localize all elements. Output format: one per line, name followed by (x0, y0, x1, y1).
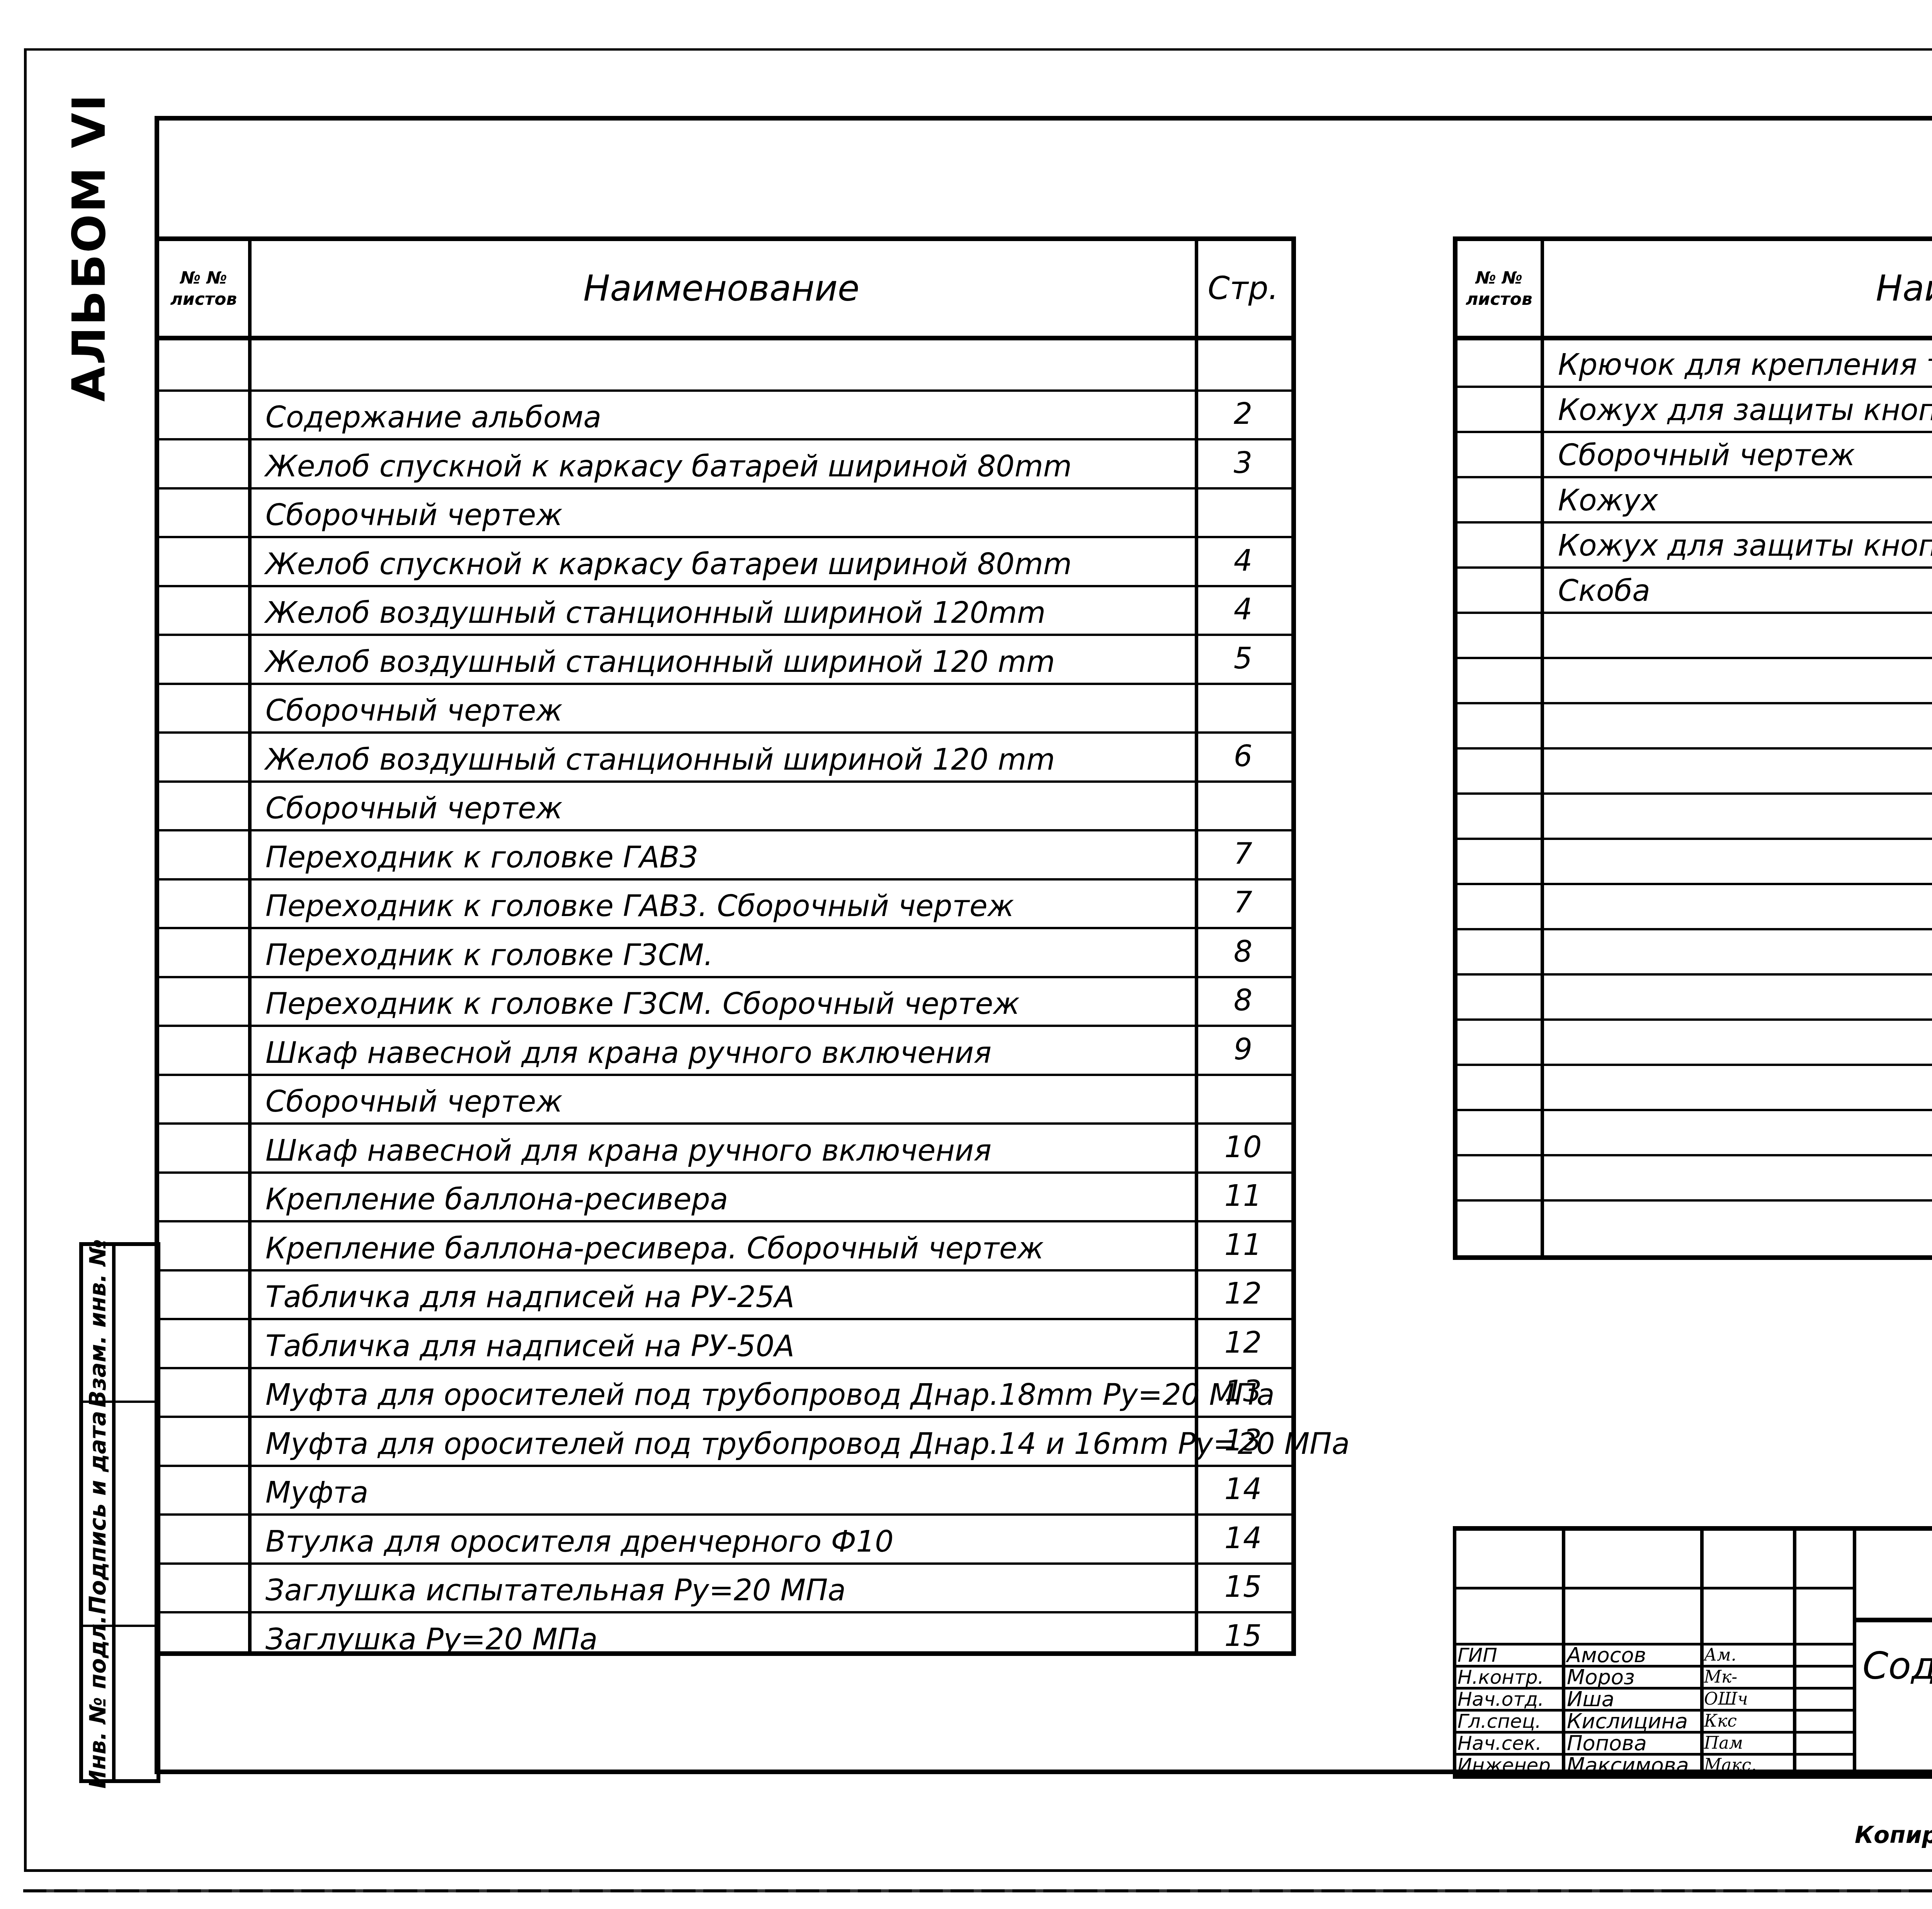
row-page: 11 (1195, 1171, 1291, 1221)
signature-role: Инженер (1458, 1754, 1562, 1776)
table-row: Крепление баллона-ресивера11 (159, 1171, 1291, 1223)
table-row (1458, 747, 1932, 795)
row-name: Содержание альбома (265, 389, 1200, 439)
row-name: Заглушка испытательная Ру=20 МПа (265, 1562, 1200, 1612)
stamp-label: Подпись и дата (85, 1411, 111, 1615)
row-name (1558, 657, 1932, 702)
row-page (1195, 1074, 1291, 1123)
document-code: 503-1-72.89-АПТ.Н (1853, 1535, 1932, 1618)
table-row (1458, 792, 1932, 840)
signature-role: Н.контр. (1458, 1666, 1562, 1688)
table-row: Переходник к головке Г3СМ. Сборочный чер… (159, 976, 1291, 1027)
row-name: Сборочный чертеж (1558, 431, 1932, 476)
row-name (1558, 702, 1932, 747)
row-name: Шкаф навесной для крана ручного включени… (265, 1025, 1200, 1074)
table-row (1458, 612, 1932, 659)
table-row: Крепление баллона-ресивера. Сборочный че… (159, 1220, 1291, 1272)
table-row: Желоб воздушный станционный шириной 120m… (159, 585, 1291, 636)
table-row: Скоба19 (1458, 566, 1932, 614)
table-row: Желоб спускной к каркасу батареи шириной… (159, 536, 1291, 587)
table-row: Сборочный чертеж (1458, 431, 1932, 478)
row-name: Крючок для крепления труб к кирпичной ст… (1558, 340, 1932, 386)
row-page: 14 (1195, 1465, 1291, 1514)
header-sheet-no-line1: № № (1476, 267, 1522, 289)
table-row (1458, 1018, 1932, 1066)
row-page: 15 (1195, 1562, 1291, 1612)
header-name: Наименование (248, 241, 1195, 336)
table-row: Сборочный чертеж (159, 780, 1291, 832)
table-row: Шкаф навесной для крана ручного включени… (159, 1025, 1291, 1076)
album-label: АЛЬБОМ VI (62, 124, 116, 371)
row-name: Крепление баллона-ресивера (265, 1171, 1200, 1221)
row-page: 3 (1195, 438, 1291, 487)
table-row: Кожух для защиты кнопки19 (1458, 521, 1932, 569)
row-name: Желоб спускной к каркасу батареи шириной… (265, 536, 1200, 585)
copied-by-label: Копировал (1855, 1822, 1932, 1849)
header-sheet-no-line1: № № (180, 267, 227, 289)
table-row (1458, 1199, 1932, 1244)
row-name: Переходник к головке ГАВ3 (265, 829, 1200, 878)
row-page (1195, 683, 1291, 732)
signature-mark: Ам. (1704, 1644, 1793, 1666)
row-name: Муфта для оросителей под трубопровод Дна… (265, 1416, 1200, 1465)
row-name: Переходник к головке Г3СМ. (265, 927, 1200, 976)
row-name (1558, 1018, 1932, 1064)
stamp-label: Инв. № подл. (85, 1615, 111, 1789)
signature-name: Мороз (1567, 1666, 1700, 1688)
row-page (1195, 780, 1291, 830)
row-page: 2 (1195, 389, 1291, 439)
table-row (1458, 1109, 1932, 1156)
row-page: 8 (1195, 976, 1291, 1025)
row-name: Муфта (265, 1465, 1200, 1514)
row-page: 12 (1195, 1269, 1291, 1318)
signature-mark: Мк- (1704, 1666, 1793, 1688)
row-name: Кожух (1558, 476, 1932, 521)
table-row: Сборочный чертеж (159, 1074, 1291, 1125)
table-row (1458, 702, 1932, 750)
row-name: Переходник к головке Г3СМ. Сборочный чер… (265, 976, 1200, 1025)
signature-name: Иша (1567, 1688, 1700, 1710)
table-row (1458, 883, 1932, 930)
row-page: 10 (1195, 1122, 1291, 1171)
signature-name: Попова (1567, 1732, 1700, 1754)
stamp-cell-signature-date: Подпись и дата (83, 1401, 156, 1627)
table-row (1458, 1154, 1932, 1202)
row-name (1558, 612, 1932, 657)
row-name (1558, 1064, 1932, 1109)
signature-name: Амосов (1567, 1644, 1700, 1666)
table-row (1458, 657, 1932, 704)
row-name: Сборочный чертеж (265, 780, 1200, 830)
row-name (1558, 792, 1932, 838)
table-row: Переходник к головке Г3СМ.8 (159, 927, 1291, 978)
document-title: Содержание альбома (1862, 1622, 1932, 1710)
header-sheet-no: № №листов (1458, 241, 1541, 336)
table-row (1458, 838, 1932, 885)
table-row: Желоб спускной к каркасу батарей шириной… (159, 438, 1291, 490)
row-name: Скоба (1558, 566, 1932, 612)
row-page: 9 (1195, 1025, 1291, 1074)
signature-mark: Пам (1704, 1732, 1793, 1754)
row-name: Муфта для оросителей под трубопровод Дна… (265, 1367, 1200, 1416)
row-name: Сборочный чертеж (265, 683, 1200, 732)
table-row: Заглушка испытательная Ру=20 МПа15 (159, 1562, 1291, 1614)
table-row: Желоб воздушный станционный шириной 120 … (159, 731, 1291, 783)
row-page: 13 (1195, 1367, 1291, 1416)
row-name: Табличка для надписей на РУ-50А (265, 1318, 1200, 1367)
row-name (1558, 838, 1932, 883)
stamp-cell-replacement: Взам. инв. № (83, 1246, 156, 1403)
row-name: Кожух для защиты кнопки (1558, 386, 1932, 431)
row-page: 5 (1195, 634, 1291, 683)
stamp-label: Взам. инв. № (85, 1239, 111, 1408)
table-row: Сборочный чертеж (159, 487, 1291, 539)
title-block: ГИПАмосовАм.Н.контр.МорозМк-Нач.отд.ИшаО… (1453, 1526, 1932, 1774)
table-row: Муфта для оросителей под трубопровод Дна… (159, 1367, 1291, 1418)
row-page: 11 (1195, 1220, 1291, 1269)
album-label-text: АЛЬБОМ VI (62, 93, 116, 401)
row-name: Кожух для защиты кнопки (1558, 521, 1932, 566)
table-row: Шкаф навесной для крана ручного включени… (159, 1122, 1291, 1174)
contents-table-right: № №листовНаименованиеСтр.Крючок для креп… (1453, 236, 1932, 1260)
row-page: 13 (1195, 1416, 1291, 1465)
row-name (1558, 973, 1932, 1018)
table-row: Кожух для защиты кнопки17 (1458, 386, 1932, 433)
row-name: Табличка для надписей на РУ-25А (265, 1269, 1200, 1318)
table-row: Кожух18 (1458, 476, 1932, 524)
stamp-cell-inventory: Инв. № подл. (83, 1625, 156, 1779)
contents-table-left: № №листовНаименованиеСтр.Содержание альб… (155, 236, 1296, 1656)
row-name (1558, 1199, 1932, 1244)
sheet-edge (23, 1889, 1932, 1892)
side-stamp: Взам. инв. № Подпись и дата Инв. № подл. (79, 1242, 160, 1783)
header-sheet-no: № №листов (159, 241, 248, 336)
row-name (1558, 1109, 1932, 1154)
signature-name: Максимова (1567, 1754, 1700, 1776)
row-name: Заглушка Ру=20 МПа (265, 1611, 1200, 1660)
row-name (265, 340, 1200, 389)
row-page: 7 (1195, 878, 1291, 927)
table-row: Содержание альбома2 (159, 389, 1291, 441)
table-row (1458, 973, 1932, 1021)
table-row (1458, 1064, 1932, 1111)
row-page: 14 (1195, 1513, 1291, 1562)
signature-role: ГИП (1458, 1644, 1562, 1666)
header-sheet-no-line2: листов (170, 289, 237, 310)
signature-role: Гл.спец. (1458, 1710, 1562, 1732)
table-row: Переходник к головке ГАВ37 (159, 829, 1291, 881)
row-name: Желоб воздушный станционный шириной 120 … (265, 634, 1200, 683)
signature-mark: Макс. (1704, 1754, 1793, 1776)
row-name: Втулка для оросителя дренчерного Ф10 (265, 1513, 1200, 1562)
table-row: Переходник к головке ГАВ3. Сборочный чер… (159, 878, 1291, 930)
signature-name: Кислицина (1567, 1710, 1700, 1732)
table-row: Муфта14 (159, 1465, 1291, 1516)
signature-mark: ОШч (1704, 1688, 1793, 1710)
row-page: 4 (1195, 536, 1291, 585)
row-name (1558, 883, 1932, 928)
row-name: Желоб спускной к каркасу батарей шириной… (265, 438, 1200, 487)
row-page: 8 (1195, 927, 1291, 976)
signature-role: Нач.отд. (1458, 1688, 1562, 1710)
signature-mark: Ккс (1704, 1710, 1793, 1732)
table-row: Сборочный чертеж (159, 683, 1291, 734)
header-name: Наименование (1541, 241, 1932, 336)
table-header: № №листовНаименованиеСтр. (1458, 241, 1932, 340)
header-page: Стр. (1195, 241, 1291, 336)
row-name: Переходник к головке ГАВ3. Сборочный чер… (265, 878, 1200, 927)
table-row: Втулка для оросителя дренчерного Ф1014 (159, 1513, 1291, 1565)
table-row: Желоб воздушный станционный шириной 120 … (159, 634, 1291, 685)
table-row (159, 340, 1291, 392)
table-row: Муфта для оросителей под трубопровод Дна… (159, 1416, 1291, 1467)
row-page: 7 (1195, 829, 1291, 878)
table-row: Табличка для надписей на РУ-50А12 (159, 1318, 1291, 1369)
table-row: Табличка для надписей на РУ-25А12 (159, 1269, 1291, 1321)
row-page: 15 (1195, 1611, 1291, 1660)
row-name: Сборочный чертеж (265, 1074, 1200, 1123)
table-row: Заглушка Ру=20 МПа15 (159, 1611, 1291, 1660)
row-name: Сборочный чертеж (265, 487, 1200, 536)
row-name: Желоб воздушный станционный шириной 120m… (265, 585, 1200, 634)
row-name (1558, 747, 1932, 792)
row-page: 12 (1195, 1318, 1291, 1367)
row-name: Крепление баллона-ресивера. Сборочный че… (265, 1220, 1200, 1269)
row-page: 6 (1195, 731, 1291, 780)
header-sheet-no-line2: листов (1466, 289, 1532, 310)
signature-role: Нач.сек. (1458, 1732, 1562, 1754)
row-name: Желоб воздушный станционный шириной 120 … (265, 731, 1200, 780)
row-page (1195, 340, 1291, 389)
row-name (1558, 1154, 1932, 1199)
row-page: 4 (1195, 585, 1291, 634)
row-name (1558, 928, 1932, 973)
row-page (1195, 487, 1291, 536)
row-name: Шкаф навесной для крана ручного включени… (265, 1122, 1200, 1171)
table-row: Крючок для крепления труб к кирпичной ст… (1458, 340, 1932, 388)
table-header: № №листовНаименованиеСтр. (159, 241, 1291, 340)
table-row (1458, 928, 1932, 976)
